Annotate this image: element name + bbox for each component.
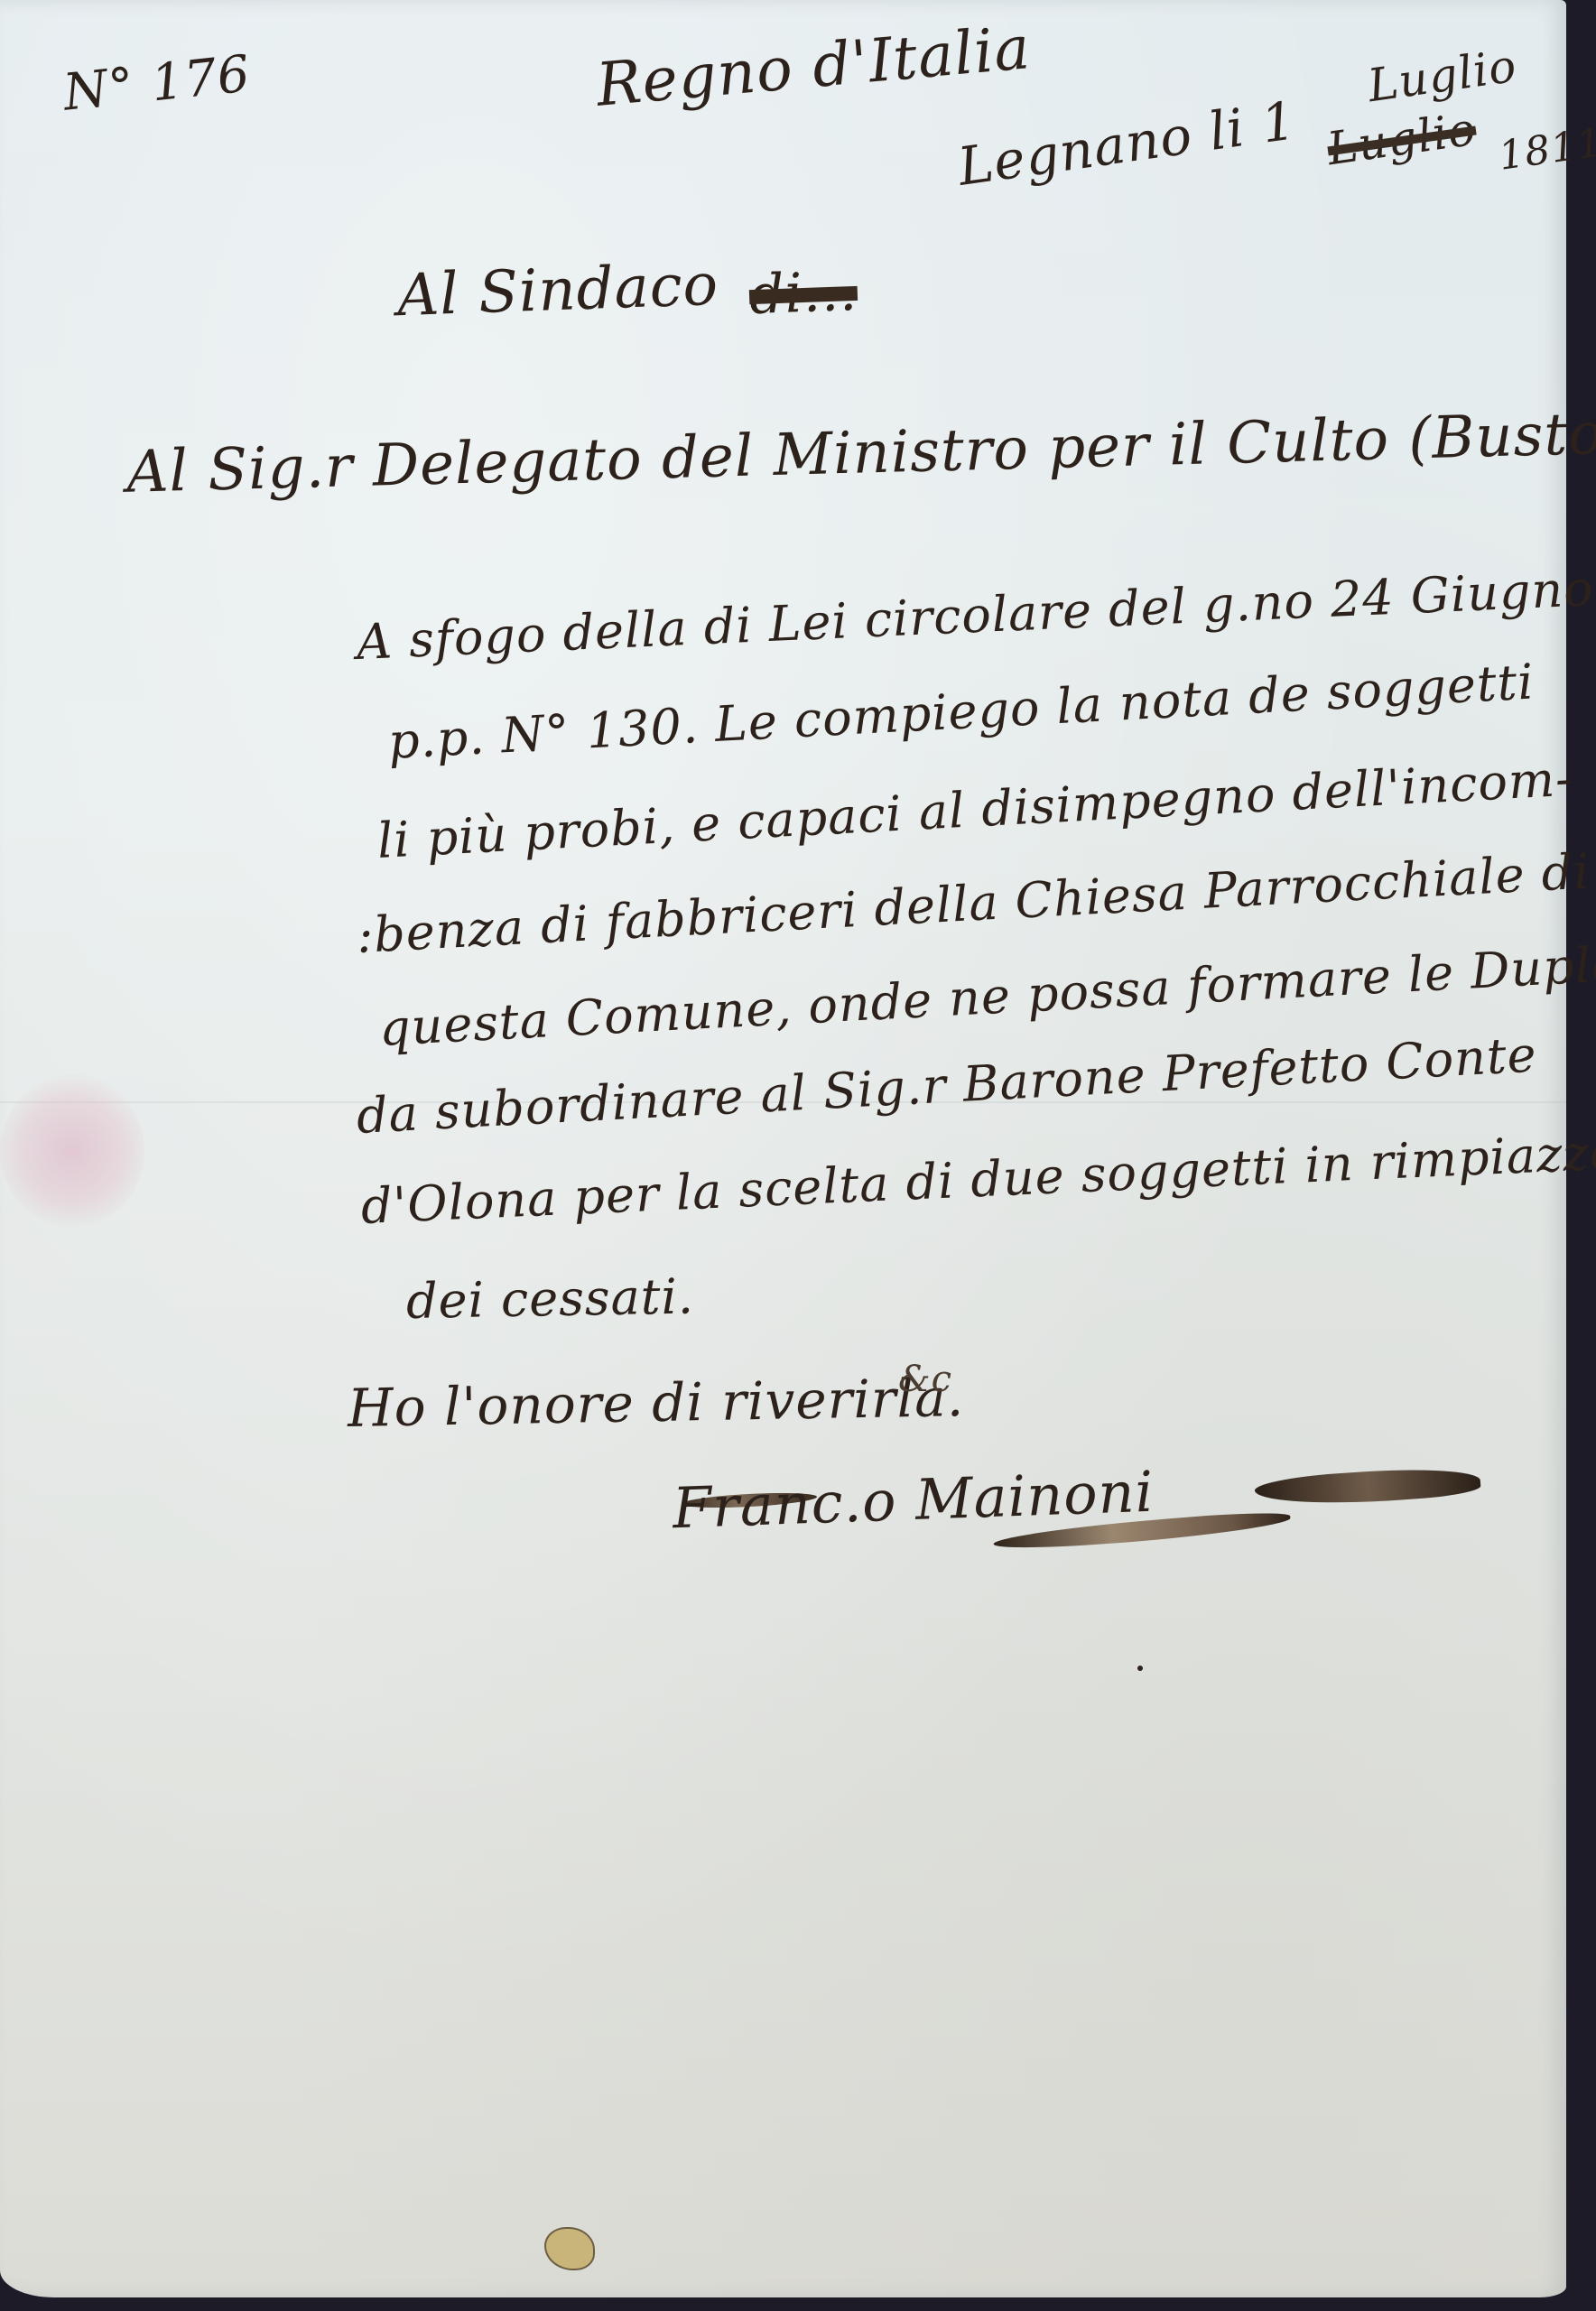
protocol-number: N° 176 — [60, 44, 253, 122]
document-page: N° 176 Regno d'Italia Legnano li 1 Lugli… — [0, 0, 1566, 2297]
ink-dot — [1137, 1666, 1143, 1671]
addressee-sindaco: Al Sindaco — [396, 252, 719, 329]
pink-stain — [0, 1074, 144, 1228]
signature-flourish-right — [1254, 1463, 1481, 1509]
month-struck: Luglio — [1324, 103, 1480, 175]
body-line-1: A sfogo della di Lei circolare del g.no … — [356, 560, 1595, 671]
body-line-8: dei cessati. — [405, 1267, 694, 1330]
addressee-delegato: Al Sig.r Delegato del Ministro per il Cu… — [125, 400, 1596, 506]
body-line-2: p.p. N° 130. Le compiego la nota de sogg… — [386, 654, 1536, 770]
month-corrected: Luglio — [1365, 40, 1520, 112]
body-line-3: li più probi, e capaci al disimpegno del… — [376, 750, 1573, 869]
place-date: Legnano li 1 — [954, 89, 1300, 198]
closing-salutation: Ho l'onore di riverirla. — [347, 1367, 964, 1439]
body-line-7: d'Olona per la scelta di due soggetti in… — [360, 1123, 1596, 1235]
addressee-struck-fragment: di... — [748, 260, 858, 327]
letterhead-title: Regno d'Italia — [594, 13, 1034, 120]
yellow-stain — [544, 2227, 595, 2270]
closing-mark: &c — [898, 1359, 952, 1400]
